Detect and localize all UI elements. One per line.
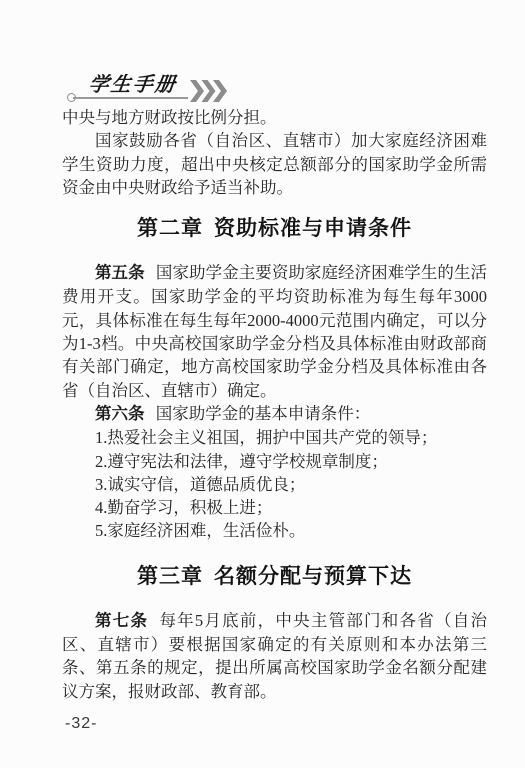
booklet-title: 学生手册 (87, 68, 179, 97)
article-6-label: 第六条 (95, 405, 145, 423)
condition-2-text: 2.遵守宪法和法律，遵守学校规章制度； (95, 452, 388, 471)
carryover-paragraph-text: 中央与地方财政按比例分担。 (62, 108, 277, 127)
article-5-paragraph: 第五条国家助学金主要资助家庭经济困难学生的生活费用开支。国家助学金的平均资助标准… (62, 261, 487, 402)
article-7-label: 第七条 (95, 612, 148, 630)
article-6-paragraph: 第六条国家助学金的基本申请条件： (62, 402, 487, 426)
chapter-3-heading: 第三章名额分配与预算下达 (62, 563, 487, 591)
header-rule (73, 97, 188, 99)
page-header: 学生手册 (62, 72, 487, 98)
condition-item: 4.勤奋学习，积极上进； (62, 496, 487, 519)
book-page: 学生手册 中央与地方财政按比例分担。 国家鼓励各省（自治区、直辖市）加大家庭经济… (0, 0, 525, 768)
chapter-3-number: 第三章 (137, 565, 203, 588)
chapter-2-heading: 第二章资助标准与申请条件 (62, 215, 487, 243)
page-number: -32- (62, 712, 487, 735)
encourage-paragraph-text: 国家鼓励各省（自治区、直辖市）加大家庭经济困难学生资助力度，超出中央核定总额部分… (62, 131, 487, 197)
condition-item: 3.诚实守信，道德品质优良； (62, 473, 487, 496)
condition-item: 5.家庭经济困难，生活俭朴。 (62, 519, 487, 542)
condition-1-text: 1.热爱社会主义祖国，拥护中国共产党的领导； (95, 428, 437, 447)
carryover-paragraph: 中央与地方财政按比例分担。 (62, 106, 487, 129)
condition-item: 1.热爱社会主义祖国，拥护中国共产党的领导； (62, 426, 487, 449)
article-5-label: 第五条 (95, 264, 145, 282)
page-body: 中央与地方财政按比例分担。 国家鼓励各省（自治区、直辖市）加大家庭经济困难学生资… (62, 106, 487, 735)
encourage-paragraph: 国家鼓励各省（自治区、直辖市）加大家庭经济困难学生资助力度，超出中央核定总额部分… (62, 129, 487, 199)
chevrons-right-icon (190, 80, 227, 102)
chapter-3-title: 名额分配与预算下达 (214, 565, 412, 588)
condition-item: 2.遵守宪法和法律，遵守学校规章制度； (62, 450, 487, 473)
condition-3-text: 3.诚实守信，道德品质优良； (95, 475, 305, 494)
article-5-text: 国家助学金主要资助家庭经济困难学生的生活费用开支。国家助学金的平均资助标准为每生… (62, 263, 487, 399)
chapter-2-number: 第二章 (137, 217, 203, 240)
chapter-2-title: 资助标准与申请条件 (214, 217, 412, 240)
condition-4-text: 4.勤奋学习，积极上进； (95, 498, 272, 517)
condition-5-text: 5.家庭经济困难，生活俭朴。 (95, 521, 305, 540)
article-6-text: 国家助学金的基本申请条件： (156, 404, 371, 423)
article-7-paragraph: 第七条每年5月底前，中央主管部门和各省（自治区、直辖市）要根据国家确定的有关原则… (62, 609, 487, 703)
